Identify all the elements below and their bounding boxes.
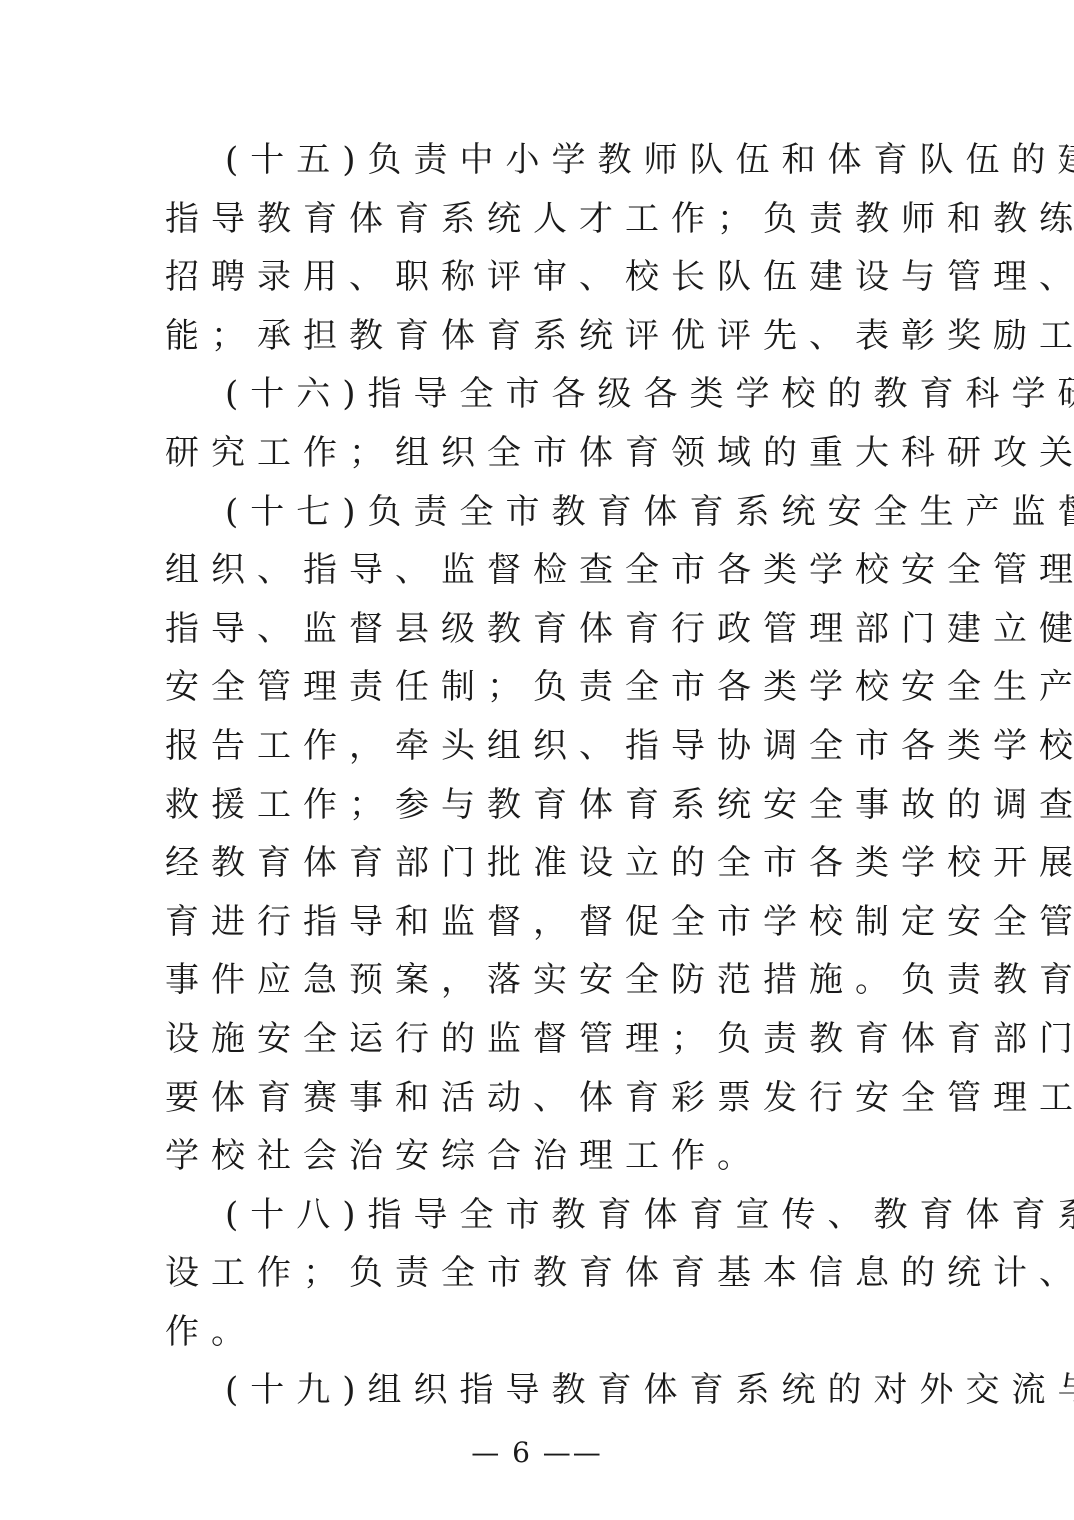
paragraph-item-19: (十九)组织指导教育体育系统的对外交流与国际合作 (165, 1367, 915, 1426)
text-line: 学校社会治安综合治理工作。 (165, 1133, 915, 1192)
text-line: (十九)组织指导教育体育系统的对外交流与国际合作 (165, 1367, 915, 1426)
paragraph-item-15: (十五)负责中小学教师队伍和体育队伍的建设与管理， 指导教育体育系统人才工作；负… (165, 137, 915, 371)
text-line: 指导、监督县级教育体育行政管理部门建立健全和落实学校 (165, 606, 915, 665)
text-line: 指导教育体育系统人才工作；负责教师和教练员资格认定、 (165, 196, 915, 255)
paragraph-item-17: (十七)负责全市教育体育系统安全生产监督管理工作， 组织、指导、监督检查全市各类… (165, 489, 915, 1192)
text-line: 事件应急预案，落实安全防范措施。负责教育体育部门体育 (165, 957, 915, 1016)
text-line: 育进行指导和监督，督促全市学校制定安全管理制度和突发 (165, 899, 915, 958)
text-line: 组织、指导、监督检查全市各类学校安全管理和教育工作； (165, 547, 915, 606)
text-line: 作。 (165, 1309, 915, 1368)
page-number: — 6 —— (0, 1436, 1074, 1470)
text-line: 招聘录用、职称评审、校长队伍建设与管理、培养培训等职 (165, 254, 915, 313)
text-line: 报告工作，牵头组织、指导协调全市各类学校安全事故应急 (165, 723, 915, 782)
text-line: 要体育赛事和活动、体育彩票发行安全管理工作；协助指导 (165, 1075, 915, 1134)
text-line: 研究工作；组织全市体育领域的重大科研攻关和成果推广。 (165, 430, 915, 489)
text-line: (十五)负责中小学教师队伍和体育队伍的建设与管理， (165, 137, 915, 196)
text-line: 救援工作；参与教育体育系统安全事故的调查处理工作；对 (165, 782, 915, 841)
text-line: (十八)指导全市教育体育宣传、教育体育系统信息化建 (165, 1192, 915, 1251)
text-line: 能；承担教育体育系统评优评先、表彰奖励工作。 (165, 313, 915, 372)
text-line: (十六)指导全市各级各类学校的教育科学研究和教学 (165, 371, 915, 430)
document-body: (十五)负责中小学教师队伍和体育队伍的建设与管理， 指导教育体育系统人才工作；负… (165, 137, 915, 1426)
text-line: 安全管理责任制；负责全市各类学校安全生产信息统计分析 (165, 664, 915, 723)
text-line: 设施安全运行的监督管理；负责教育体育部门组织承办的重 (165, 1016, 915, 1075)
paragraph-item-16: (十六)指导全市各级各类学校的教育科学研究和教学 研究工作；组织全市体育领域的重… (165, 371, 915, 488)
text-line: 经教育体育部门批准设立的全市各类学校开展应急知识教 (165, 840, 915, 899)
text-line: (十七)负责全市教育体育系统安全生产监督管理工作， (165, 489, 915, 548)
paragraph-item-18: (十八)指导全市教育体育宣传、教育体育系统信息化建 设工作；负责全市教育体育基本… (165, 1192, 915, 1368)
text-line: 设工作；负责全市教育体育基本信息的统计、分析和发布工 (165, 1250, 915, 1309)
document-page: (十五)负责中小学教师队伍和体育队伍的建设与管理， 指导教育体育系统人才工作；负… (0, 0, 1074, 1520)
